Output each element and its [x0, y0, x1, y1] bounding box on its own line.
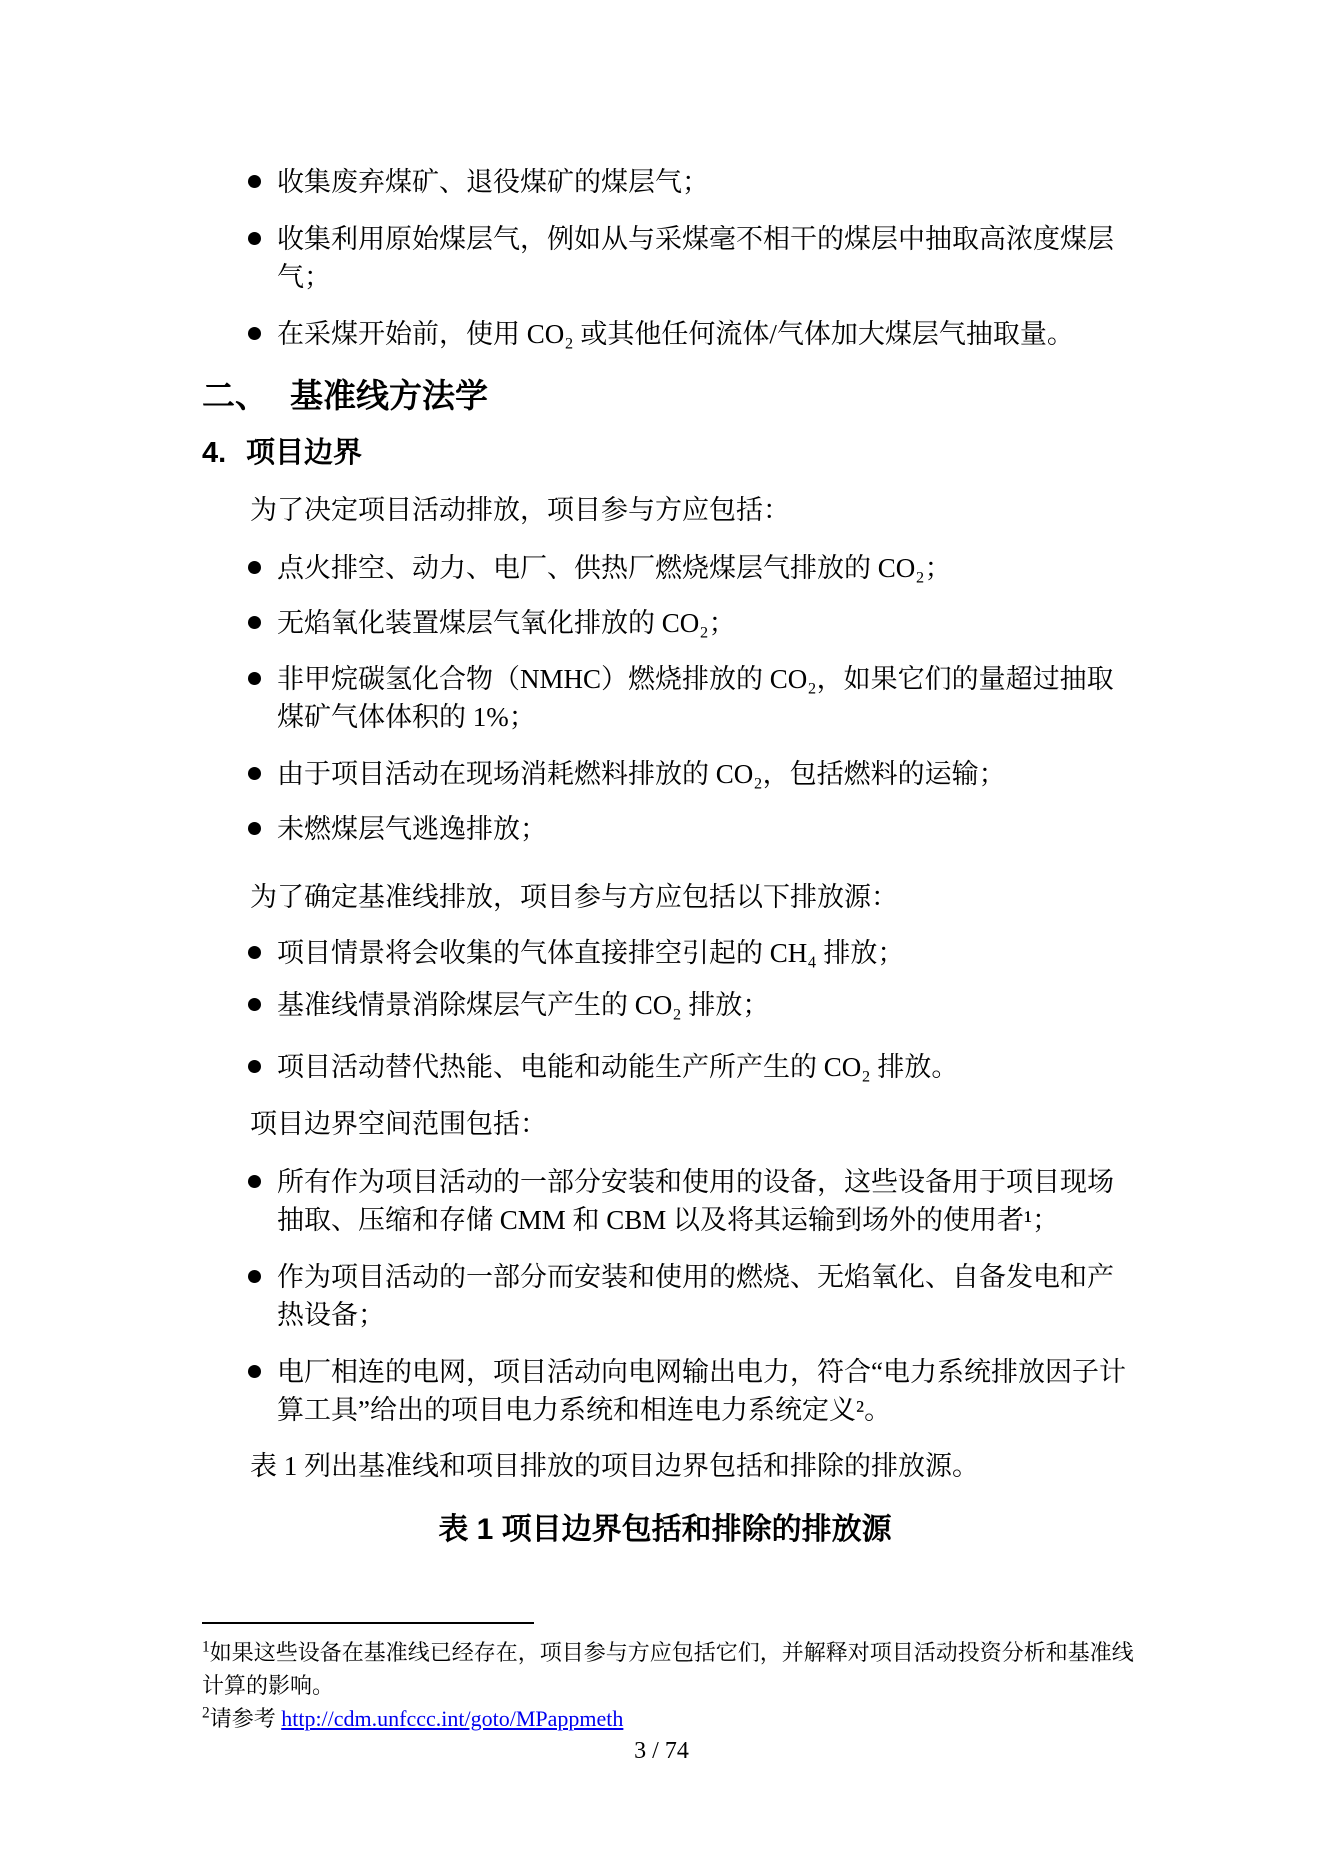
- list-item: 所有作为项目活动的一部分安装和使用的设备，这些设备用于项目现场抽取、压缩和存储 …: [248, 1163, 1128, 1239]
- bullet-text: 由于项目活动在现场消耗燃料排放的 CO₂，包括燃料的运输；: [277, 755, 1128, 793]
- bullet-text: 所有作为项目活动的一部分安装和使用的设备，这些设备用于项目现场抽取、压缩和存储 …: [277, 1163, 1128, 1239]
- section-title: 基准线方法学: [290, 377, 488, 414]
- list-item: 基准线情景消除煤层气产生的 CO₂ 排放；: [248, 986, 1128, 1024]
- bullet-text: 项目情景将会收集的气体直接排空引起的 CH₄ 排放；: [277, 934, 1128, 972]
- baseline-emission-bullet-list: 项目情景将会收集的气体直接排空引起的 CH₄ 排放； 基准线情景消除煤层气产生的…: [202, 934, 1128, 1086]
- bullet-icon: [248, 767, 261, 780]
- paragraph: 项目边界空间范围包括：: [250, 1105, 1128, 1143]
- paragraph: 为了确定基准线排放，项目参与方应包括以下排放源：: [250, 878, 1128, 916]
- footnote-marker: 2: [202, 1705, 210, 1722]
- bullet-icon: [248, 1175, 261, 1188]
- footnote-divider: [202, 1622, 534, 1624]
- bullet-text: 作为项目活动的一部分而安装和使用的燃烧、无焰氧化、自备发电和产热设备；: [277, 1258, 1128, 1334]
- subsection-number: 4.: [202, 433, 246, 473]
- list-item: 非甲烷碳氢化合物（NMHC）燃烧排放的 CO₂，如果它们的量超过抽取煤矿气体体积…: [248, 660, 1128, 736]
- footnote-link[interactable]: http://cdm.unfccc.int/goto/MPappmeth: [281, 1706, 623, 1731]
- section-number: 二、: [202, 373, 290, 419]
- project-emission-bullet-list: 点火排空、动力、电厂、供热厂燃烧煤层气排放的 CO₂； 无焰氧化装置煤层气氧化排…: [202, 549, 1128, 848]
- document-content: 收集废弃煤矿、退役煤矿的煤层气； 收集利用原始煤层气，例如从与采煤毫不相干的煤层…: [202, 163, 1128, 1550]
- bullet-icon: [248, 946, 261, 959]
- footnote-1: 1如果这些设备在基准线已经存在，项目参与方应包括它们，并解释对项目活动投资分析和…: [202, 1636, 1152, 1702]
- bullet-text: 在采煤开始前，使用 CO₂ 或其他任何流体/气体加大煤层气抽取量。: [277, 315, 1128, 353]
- bullet-text: 项目活动替代热能、电能和动能生产所产生的 CO₂ 排放。: [277, 1048, 1128, 1086]
- bullet-icon: [248, 1365, 261, 1378]
- bullet-icon: [248, 232, 261, 245]
- bullet-icon: [248, 822, 261, 835]
- bullet-text: 未燃煤层气逃逸排放；: [277, 810, 1128, 848]
- bullet-icon: [248, 561, 261, 574]
- list-item: 收集废弃煤矿、退役煤矿的煤层气；: [248, 163, 1128, 201]
- bullet-text: 无焰氧化装置煤层气氧化排放的 CO₂；: [277, 604, 1128, 642]
- list-item: 在采煤开始前，使用 CO₂ 或其他任何流体/气体加大煤层气抽取量。: [248, 315, 1128, 353]
- bullet-text: 基准线情景消除煤层气产生的 CO₂ 排放；: [277, 986, 1128, 1024]
- list-item: 收集利用原始煤层气，例如从与采煤毫不相干的煤层中抽取高浓度煤层气；: [248, 220, 1128, 296]
- footnotes-section: 1如果这些设备在基准线已经存在，项目参与方应包括它们，并解释对项目活动投资分析和…: [202, 1622, 1152, 1735]
- list-item: 电厂相连的电网，项目活动向电网输出电力，符合“电力系统排放因子计算工具”给出的项…: [248, 1353, 1128, 1429]
- section-heading: 二、基准线方法学: [202, 373, 1128, 419]
- bullet-text: 电厂相连的电网，项目活动向电网输出电力，符合“电力系统排放因子计算工具”给出的项…: [277, 1353, 1128, 1429]
- bullet-text: 收集废弃煤矿、退役煤矿的煤层气；: [277, 163, 1128, 201]
- table-intro-paragraph: 表 1 列出基准线和项目排放的项目边界包括和排除的排放源。: [250, 1447, 1128, 1485]
- document-page: 收集废弃煤矿、退役煤矿的煤层气； 收集利用原始煤层气，例如从与采煤毫不相干的煤层…: [0, 0, 1323, 1871]
- bullet-text: 收集利用原始煤层气，例如从与采煤毫不相干的煤层中抽取高浓度煤层气；: [277, 220, 1128, 296]
- bullet-icon: [248, 1270, 261, 1283]
- paragraph: 为了决定项目活动排放，项目参与方应包括：: [250, 491, 1128, 529]
- table-caption: 表 1 项目边界包括和排除的排放源: [202, 1510, 1128, 1550]
- bullet-icon: [248, 998, 261, 1011]
- bullet-icon: [248, 672, 261, 685]
- list-item: 点火排空、动力、电厂、供热厂燃烧煤层气排放的 CO₂；: [248, 549, 1128, 587]
- boundary-bullet-list: 所有作为项目活动的一部分安装和使用的设备，这些设备用于项目现场抽取、压缩和存储 …: [202, 1163, 1128, 1429]
- footnote-2: 2请参考 http://cdm.unfccc.int/goto/MPappmet…: [202, 1702, 1152, 1735]
- bullet-icon: [248, 175, 261, 188]
- footnote-marker: 1: [202, 1639, 210, 1656]
- list-item: 由于项目活动在现场消耗燃料排放的 CO₂，包括燃料的运输；: [248, 755, 1128, 793]
- subsection-title: 项目边界: [246, 437, 362, 469]
- bullet-icon: [248, 616, 261, 629]
- bullet-text: 点火排空、动力、电厂、供热厂燃烧煤层气排放的 CO₂；: [277, 549, 1128, 587]
- footnote-text: 如果这些设备在基准线已经存在，项目参与方应包括它们，并解释对项目活动投资分析和基…: [202, 1640, 1134, 1698]
- page-number: 3 / 74: [0, 1736, 1323, 1766]
- list-item: 作为项目活动的一部分而安装和使用的燃烧、无焰氧化、自备发电和产热设备；: [248, 1258, 1128, 1334]
- list-item: 项目情景将会收集的气体直接排空引起的 CH₄ 排放；: [248, 934, 1128, 972]
- top-bullet-list: 收集废弃煤矿、退役煤矿的煤层气； 收集利用原始煤层气，例如从与采煤毫不相干的煤层…: [202, 163, 1128, 353]
- bullet-icon: [248, 327, 261, 340]
- footnote-text: 请参考: [210, 1706, 282, 1731]
- list-item: 项目活动替代热能、电能和动能生产所产生的 CO₂ 排放。: [248, 1048, 1128, 1086]
- list-item: 无焰氧化装置煤层气氧化排放的 CO₂；: [248, 604, 1128, 642]
- subsection-heading: 4.项目边界: [202, 433, 1128, 473]
- list-item: 未燃煤层气逃逸排放；: [248, 810, 1128, 848]
- bullet-icon: [248, 1060, 261, 1073]
- bullet-text: 非甲烷碳氢化合物（NMHC）燃烧排放的 CO₂，如果它们的量超过抽取煤矿气体体积…: [277, 660, 1128, 736]
